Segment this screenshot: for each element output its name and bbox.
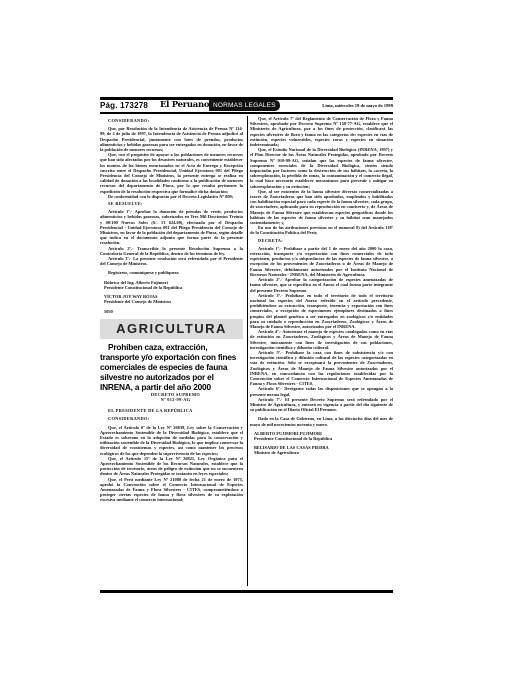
page-number: Pág. 173278: [100, 101, 148, 111]
paragraph: Que, el Perú mediante Ley Nº 21080 de fe…: [100, 477, 243, 503]
paragraph: Que, el Estudio Nacional de la Diversida…: [250, 147, 393, 189]
page-header: Pág. 173278 El Peruano NORMAS LEGALES Li…: [100, 101, 393, 111]
article-4: Artículo 4º.- Autorízase el manejo de es…: [250, 329, 393, 350]
newspaper-logo: El Peruano: [160, 100, 209, 111]
decreta-label: DECRETA:: [250, 238, 393, 243]
right-column: Que, el Artículo 7º del Reglamento de Co…: [250, 116, 393, 456]
paragraph: Que, el Artículo 6º de la Ley Nº 26839, …: [100, 425, 243, 456]
article-5: Artículo 5º.- Prohíbase la caza con fine…: [250, 350, 393, 386]
issue-date: Lima, miércoles 19 de mayo de 1999: [322, 102, 393, 110]
considerando-label: CONSIDERANDO:: [100, 118, 243, 123]
article-7: Artículo 7º.- El presente Decreto Suprem…: [250, 397, 393, 413]
newspaper-page: Pág. 173278 El Peruano NORMAS LEGALES Li…: [100, 97, 393, 597]
headline: Prohíben caza, extracción, transporte y/…: [100, 342, 243, 392]
given-at: Dado en la Casa de Gobierno, en Lima, a …: [250, 416, 393, 426]
article-2: Artículo 2º.- Transcribir la presente Re…: [100, 246, 243, 256]
article-3: Artículo 3º.- Prohíbase en todo el terri…: [250, 293, 393, 329]
article-1: Artículo 1º.- Prohíbase a partir del 1 d…: [250, 246, 393, 277]
column-separator: [247, 116, 248, 586]
paragraph: De conformidad con lo dispuesto por el D…: [100, 194, 243, 199]
president-label: EL PRESIDENTE DE LA REPÚBLICA: [100, 408, 243, 413]
paragraph: Que, por Resolución de la Intendencia de…: [100, 126, 243, 152]
footer-rule: [100, 590, 393, 593]
considerando-label: CONSIDERANDO:: [100, 416, 243, 421]
paragraph: Que, el Artículo 15º de la Ley Nº 26821,…: [100, 456, 243, 477]
header-bottom-rule: [100, 112, 393, 114]
left-column: CONSIDERANDO: Que, por Resolución de la …: [100, 116, 243, 503]
section-tab: NORMAS LEGALES: [209, 100, 280, 111]
article-6: Artículo 6º.- Derógense todas las dispos…: [250, 386, 393, 396]
paragraph: Que, con el propósito de apoyar a las po…: [100, 152, 243, 194]
paragraph: Que, al ser existentes de la fauna silve…: [250, 189, 393, 225]
section-banner: AGRICULTURA: [100, 319, 243, 339]
article-2: Artículo 2º.- Aprobar la categorización …: [250, 277, 393, 293]
se-resuelve-label: SE RESUELVE:: [100, 201, 243, 206]
article-3: Artículo 3º.- La presente resolución ser…: [100, 256, 243, 266]
paragraph: En uso de las atribuciones previstas en …: [250, 225, 393, 235]
signature-title: Ministro de Agricultura: [250, 450, 393, 455]
article-1: Artículo 1º.- Aprobar la donación de pre…: [100, 209, 243, 245]
paragraph: Que, el Artículo 7º del Reglamento de Co…: [250, 116, 393, 147]
document-code: 5050: [100, 309, 243, 314]
